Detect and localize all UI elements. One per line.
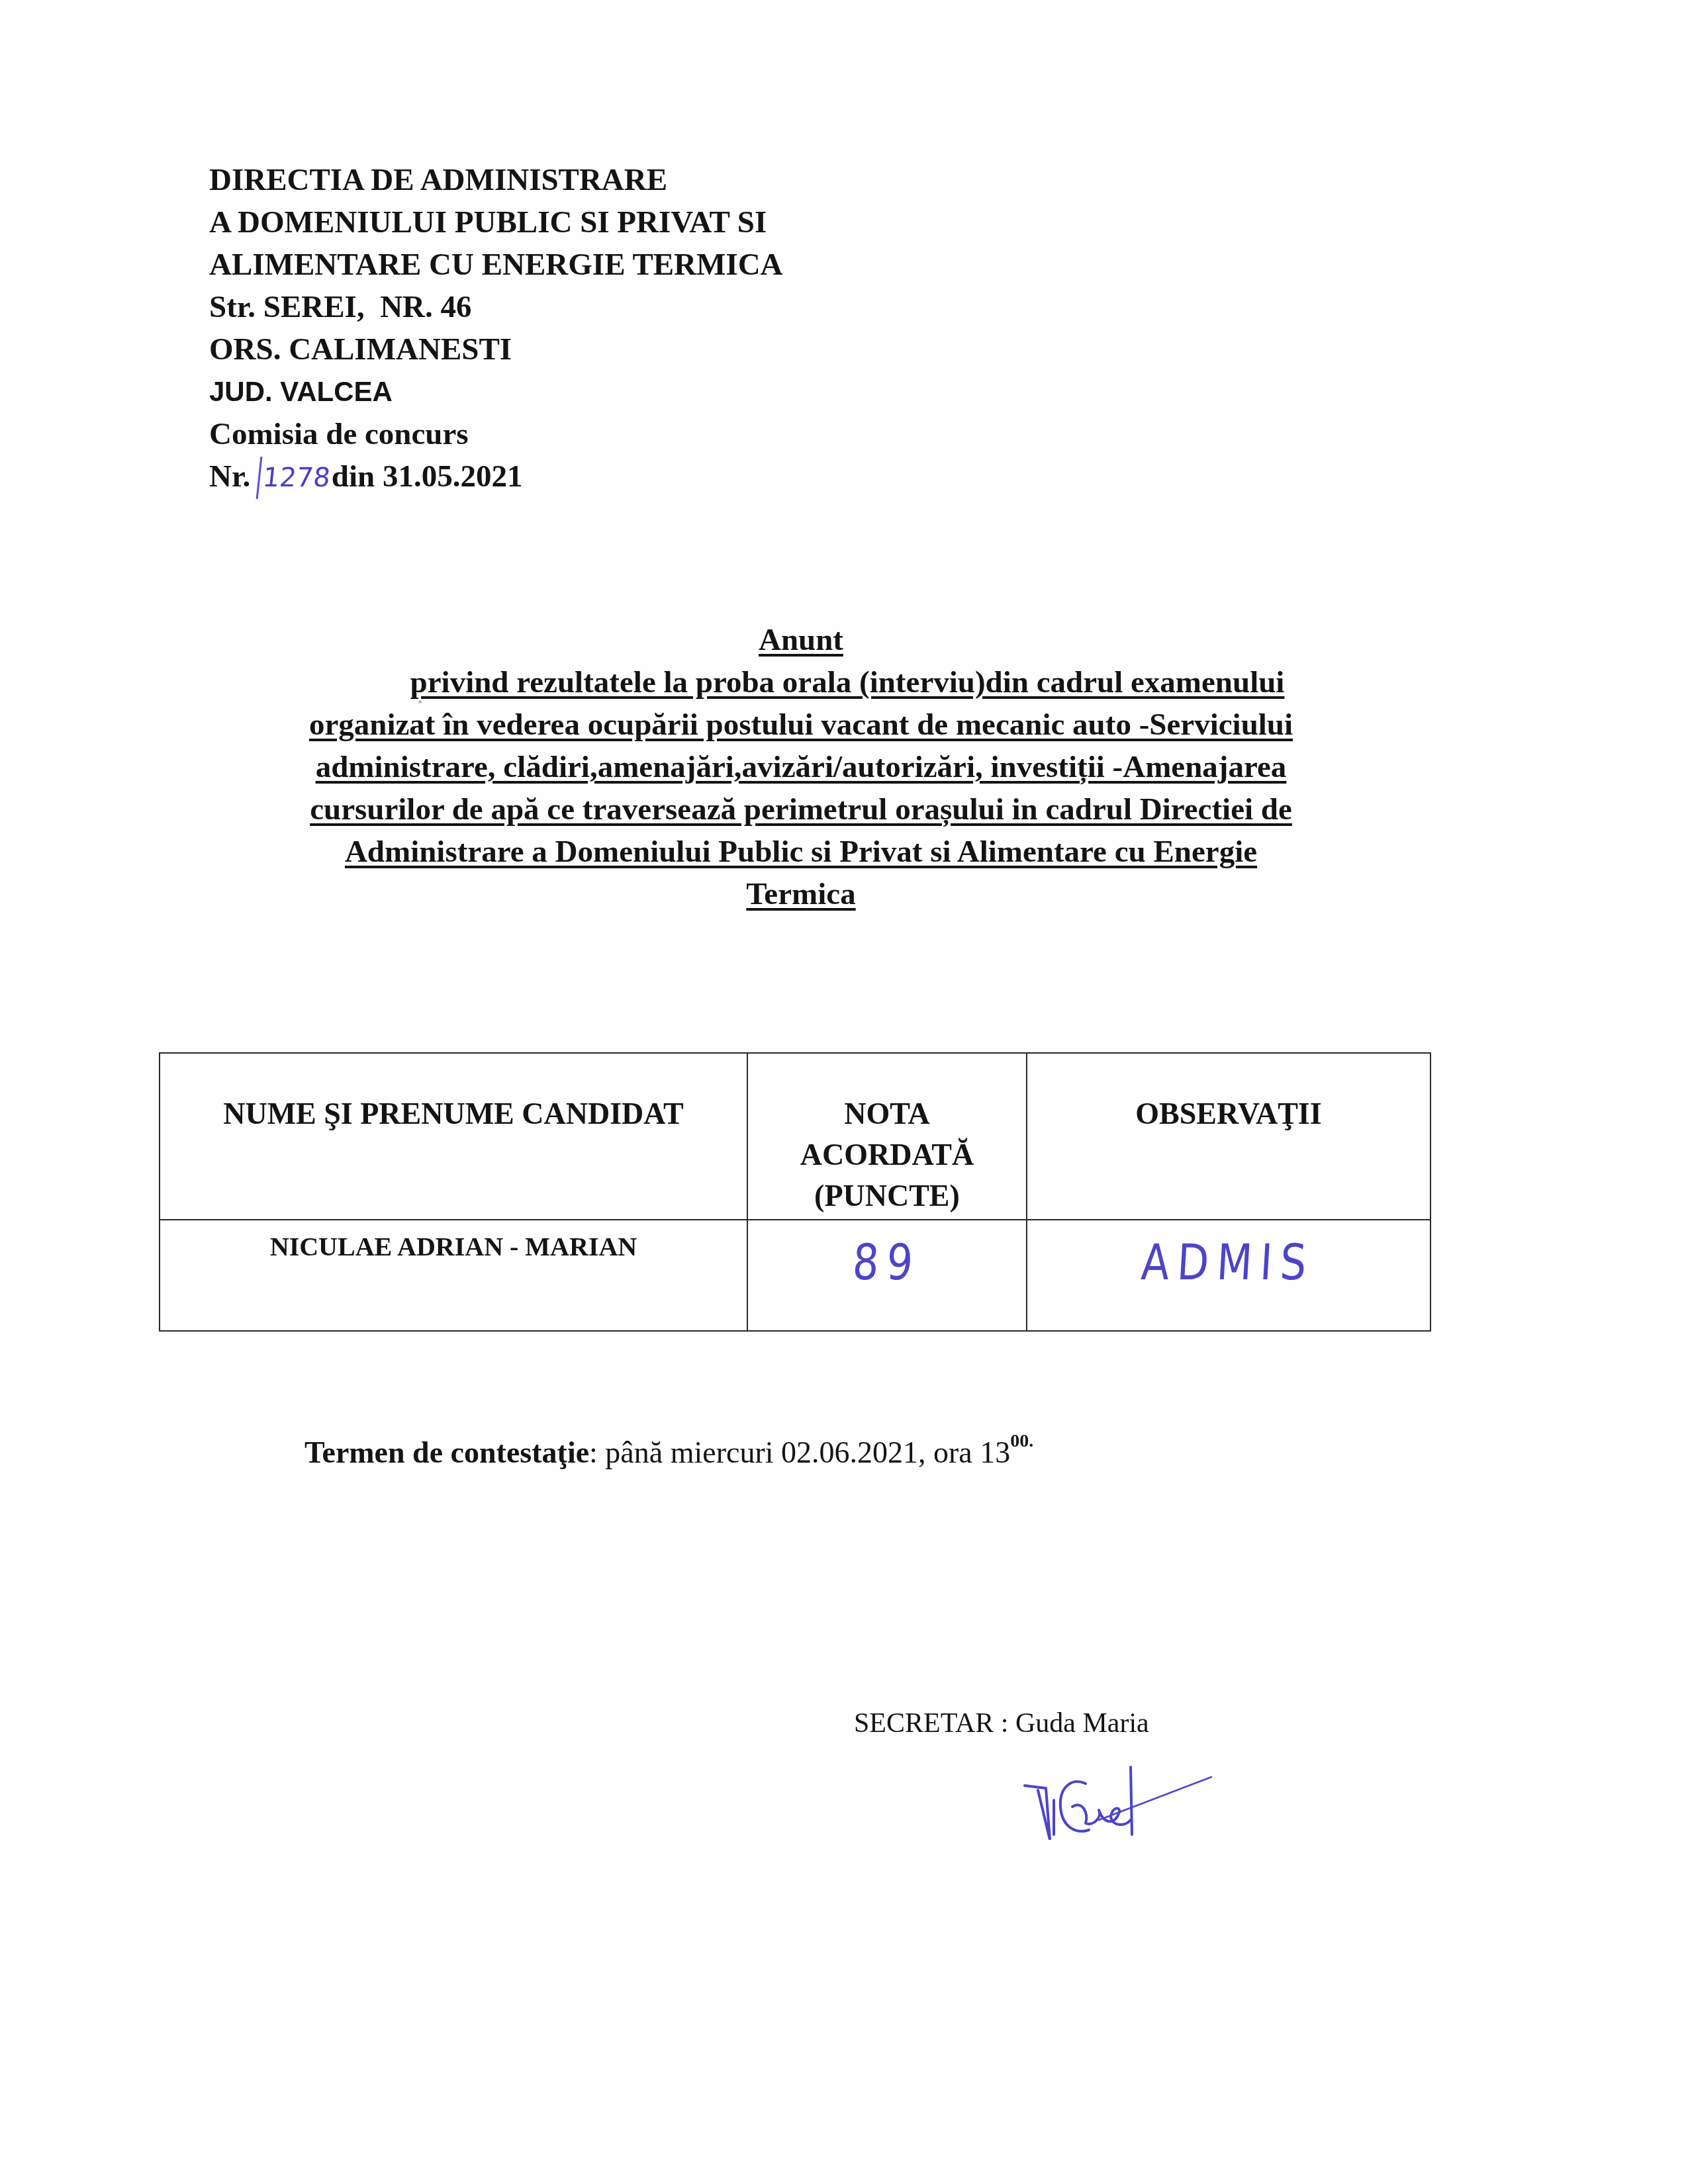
title-line-4: cursurilor de apă ce traversează perimet… [212,788,1390,831]
results-table: NUME ŞI PRENUME CANDIDAT NOTA ACORDATĂ (… [159,1052,1431,1332]
header-score: NOTA ACORDATĂ (PUNCTE) [747,1053,1027,1220]
address-street: Str. SEREI, NR. 46 [209,286,783,328]
deadline-label: Termen de contestaţie [305,1435,589,1469]
appeal-deadline: Termen de contestaţie: până miercuri 02.… [305,1431,1033,1470]
announcement-title: Anunt privind rezultatele la proba orala… [212,619,1390,915]
deadline-text: : până miercuri 02.06.2021, ora 13 [589,1435,1010,1469]
commission-label: Comisia de concurs [209,413,783,455]
title-line-1: privind rezultatele la proba orala (inte… [212,661,1390,704]
institution-header: DIRECTIA DE ADMINISTRARE A DOMENIULUI PU… [209,159,783,499]
secretary-name: SECRETAR : Guda Maria [854,1707,1149,1739]
address-county: JUD. VALCEA [209,371,783,413]
table-row: NICULAE ADRIAN - MARIAN 89 ADMIS [160,1220,1430,1331]
table-header-row: NUME ŞI PRENUME CANDIDAT NOTA ACORDATĂ (… [160,1053,1430,1220]
registration-number: Nr. 1278din 31.05.2021 [209,455,783,499]
address-town: ORS. CALIMANESTI [209,328,783,371]
scan-speck [418,700,422,704]
title-line-5: Administrare a Domeniului Public si Priv… [212,831,1390,873]
header-observations: OBSERVAŢII [1027,1053,1430,1220]
title-line-3: administrare, clădiri,amenajări,avizări/… [212,746,1390,788]
title-line-6: Termica [212,873,1390,915]
candidate-score: 89 [747,1220,1027,1331]
nr-prefix: Nr. [209,459,250,494]
candidate-name: NICULAE ADRIAN - MARIAN [160,1220,747,1331]
candidate-observation: ADMIS [1027,1220,1430,1331]
nr-date: din 31.05.2021 [332,459,523,494]
deadline-minutes: 00. [1010,1431,1033,1451]
signature-icon [1019,1760,1218,1840]
header-line-2: A DOMENIULUI PUBLIC SI PRIVAT SI [209,201,783,244]
handwritten-number: 1278 [256,457,333,499]
header-candidate-name: NUME ŞI PRENUME CANDIDAT [160,1053,747,1220]
header-line-3: ALIMENTARE CU ENERGIE TERMICA [209,244,783,286]
header-line-1: DIRECTIA DE ADMINISTRARE [209,159,783,201]
title-heading: Anunt [212,619,1390,661]
title-line-2: organizat în vederea ocupării postului v… [212,704,1390,746]
